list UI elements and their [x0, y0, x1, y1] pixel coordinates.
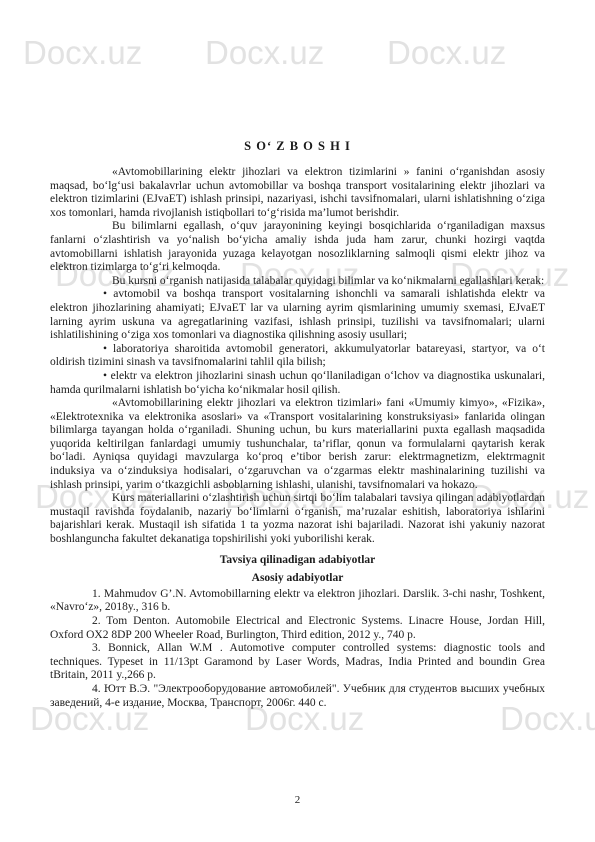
- page-title: S O‘ Z B O S H I: [50, 0, 545, 154]
- reference-item: 2. Tom Denton. Automobile Electrical and…: [50, 615, 545, 642]
- bullet-item: • elektr va elektron jihozlarini sinash …: [50, 370, 545, 397]
- bibliography-subheading: Asosiy adabiyotlar: [50, 567, 545, 586]
- paragraph: «Avtomobillarining elektr jihozlari va e…: [50, 397, 545, 492]
- paragraph: Bu kursni o‘rganish natijasida talabalar…: [50, 275, 545, 289]
- bullet-item: • laboratoriya sharoitida avtomobil gene…: [50, 343, 545, 370]
- bibliography-heading: Tavsiya qilinadigan adabiyotlar: [50, 547, 545, 568]
- reference-item: 3. Bonnick, Allan W.M . Automotive compu…: [50, 642, 545, 683]
- reference-item: 1. Mahmudov G’.N. Avtomobillarning elekt…: [50, 588, 545, 615]
- bullet-item: • avtomobil va boshqa transport vositala…: [50, 288, 545, 342]
- page-number: 2: [0, 794, 595, 806]
- paragraph: «Avtomobillarining elektr jihozlari va e…: [50, 166, 545, 220]
- paragraph: Kurs materiallarini o‘zlashtirish uchun …: [50, 492, 545, 546]
- paragraph: Bu bilimlarni egallash, o‘quv jarayonini…: [50, 220, 545, 274]
- document-page: Docx.uz Docx.uz Docx.uz Docx.uz Docx.uz …: [0, 0, 595, 842]
- reference-item: 4. Ютт В.Э. "Электрооборудование автомоб…: [50, 683, 545, 710]
- reference-list: 1. Mahmudov G’.N. Avtomobillarning elekt…: [50, 588, 545, 710]
- document-content: S O‘ Z B O S H I «Avtomobillarining elek…: [0, 0, 595, 710]
